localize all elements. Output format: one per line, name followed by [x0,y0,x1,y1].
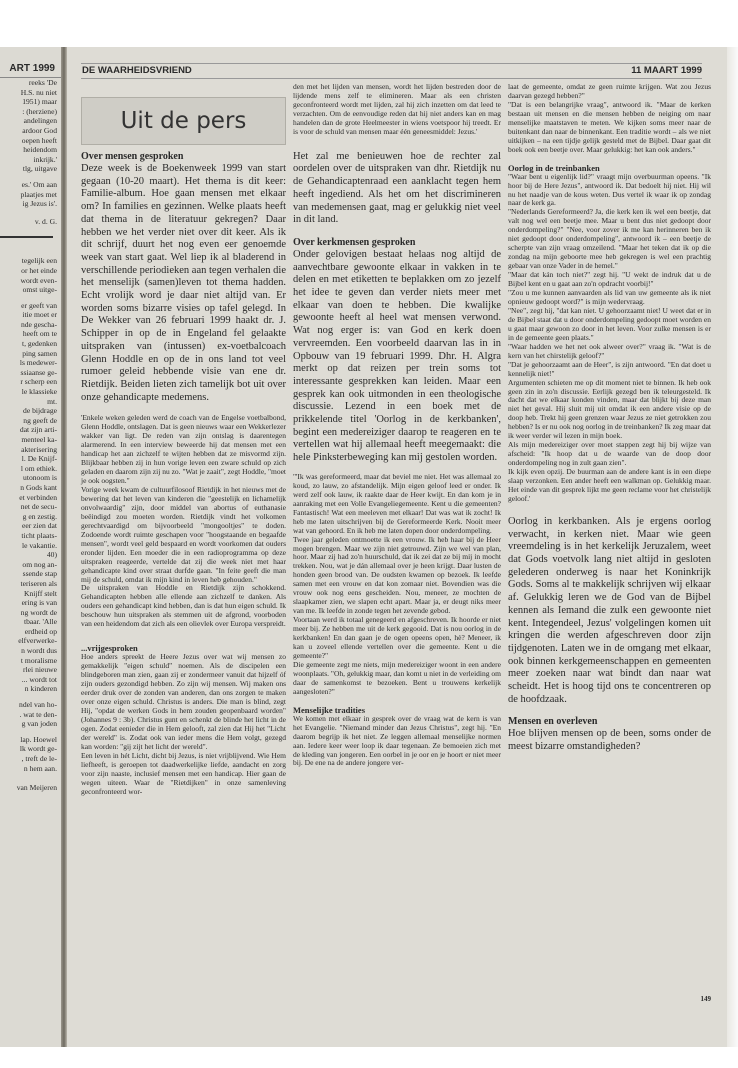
previous-page-fragment: ART 1999 reeks 'DeH.S. nu niet1951) maar… [0,47,61,1047]
text-line: itie moet er [0,310,57,320]
section-title-box: Uit de pers [81,97,286,145]
previous-page-text-top: reeks 'DeH.S. nu niet1951) maar: (herzie… [0,78,57,209]
quote-paragraph: "Nee", zegt hij, "dat kan niet. U gehoor… [508,307,711,343]
text-line: le vakantie. [0,541,57,551]
text-line: , treft de le- [0,754,57,764]
issue-date: 11 MAART 1999 [631,64,702,78]
text-line: n kinderen [0,684,57,694]
text-line: ardoor God [0,126,57,136]
text-line: ssende stap [0,569,57,579]
text-line: de bijdrage [0,406,57,416]
magazine-page: DE WAARHEIDSVRIEND 11 MAART 1999 Uit de … [67,47,727,1047]
text-line: ... wordt tot [0,675,57,685]
text-line: 40) [0,550,57,560]
text-line: t moralisme [0,656,57,666]
text-line: t, gedenken [0,339,57,349]
text-line: : (herziene) [0,107,57,117]
paragraph: Het zal me benieuwen hoe de rechter zal … [293,151,501,227]
text-line: ering is van [0,598,57,608]
text-line: eer zien dat [0,521,57,531]
text-line: ndel van ho- [0,700,57,710]
text-line: lk wordt ge- [0,744,57,754]
quote-paragraph: Vorige week kwam de cultuurfilosoof Riet… [81,486,286,584]
text-line: et verbinden [0,493,57,503]
text-line: tegelijk een [0,256,57,266]
paragraph: Deze week is de Boekenweek 1999 van star… [81,163,286,404]
quote-paragraph: Ik kijk even opzij. De buurman aan de an… [508,468,711,504]
previous-page-signature-bottom: van Meijeren [0,783,57,793]
text-line: ig Jezus is'. [0,199,57,209]
text-line: rlei nieuwe [0,665,57,675]
quote-paragraph: "Waar hadden we het net ook alweer over?… [508,343,711,361]
quote-paragraph: Een leven in hét Licht, dicht bij Jezus,… [81,752,286,797]
text-line: reeks 'De [0,78,57,88]
text-line: l om ethiek. [0,464,57,474]
previous-page-signature-top: v. d. G. [0,217,57,227]
quote-paragraph: "Dat is een belangrijke vraag", antwoord… [508,101,711,155]
quote-paragraph: "Maar dat kán toch niet?" zegt hij. "U w… [508,271,711,289]
text-line: erdheid op [0,627,57,637]
text-line: r scherp een [0,377,57,387]
quote-paragraph: Hoe anders spreekt de Heere Jezus over w… [81,653,286,751]
text-line: Knijff stelt [0,589,57,599]
text-line: g en zestig. [0,512,57,522]
quote-paragraph: Twee jaar geleden ontmoette ik een vrouw… [293,536,501,617]
quote-paragraph: "'Ik was gereformeerd, maar dat beviel m… [293,473,501,536]
text-line: omst uitge- [0,285,57,295]
quote-paragraph: "Zou u me kunnen aanvaarden als lid van … [508,289,711,307]
text-line: net de secu- [0,502,57,512]
previous-page-text-middle: tegelijk eenor het eindewordt even-omst … [0,256,57,773]
text-line: oepen heeft [0,136,57,146]
text-line: mt. [0,397,57,407]
text-line: akterisering [0,445,57,455]
text-line: om nog an- [0,560,57,570]
text-line: ssiaanse ge- [0,368,57,378]
text-line: le klassieke [0,387,57,397]
publication-name: DE WAARHEIDSVRIEND [82,64,192,78]
text-line: or het einde [0,266,57,276]
text-line: wordt even- [0,276,57,286]
previous-page-date: ART 1999 [0,47,61,78]
text-line: g van joden [0,719,57,729]
text-line: inkrijk.' [0,155,57,165]
text-line: es.' Om aan [0,180,57,190]
text-line: andelingen [0,116,57,126]
text-line: utonoom is [0,473,57,483]
text-line: ls medewer- [0,358,57,368]
text-line: 1951) maar [0,97,57,107]
text-line: ticht plaats- [0,531,57,541]
quote-paragraph: "Dat je gehoorzaamt aan de Heer", is zij… [508,361,711,379]
text-line: H.S. nu niet [0,88,57,98]
text-line: ng geeft de [0,416,57,426]
quote-paragraph: "Nederlands Gereformeerd? Ja, die kerk k… [508,208,711,271]
column-1: Uit de pers Over mensen gesproken Deze w… [81,83,286,796]
text-line: tlg, uitgave [0,164,57,174]
quote-paragraph: De uitspraken van Hoddle en Rietdijk zij… [81,584,286,629]
text-line: tbaar. 'Alle [0,617,57,627]
quote-paragraph: Voortaan werd ik totaal genegeerd en afg… [293,616,501,661]
text-line: ping samen [0,349,57,359]
text-line: lap. Hoewel [0,735,57,745]
text-line: n hem aan. [0,764,57,774]
text-line: ng wordt de [0,608,57,618]
quote-paragraph: laat de gemeente, omdat ze geen ruimte k… [508,83,711,101]
subheading: Over kerkmensen gesproken [293,237,501,249]
subheading: Mensen en overleven [508,716,711,728]
divider [0,236,53,238]
quote-paragraph: 'Enkele weken geleden werd de coach van … [81,414,286,486]
column-2: den met het lijden van mensen, wordt het… [293,83,501,768]
quote-paragraph: Argumenten schieten me op dit moment nie… [508,379,711,442]
text-line: l. De Knijf- [0,454,57,464]
text-line: elfverwerke- [0,636,57,646]
text-line: teriseren als [0,579,57,589]
text-line: n wordt dus [0,646,57,656]
text-line: menteel ka- [0,435,57,445]
running-header: DE WAARHEIDSVRIEND 11 MAART 1999 [81,63,702,79]
page-edge [727,47,738,1047]
quote-paragraph: den met het lijden van mensen, wordt het… [293,83,501,137]
section-title: Uit de pers [121,117,247,126]
quote-paragraph: We komen met elkaar in gesprek over de v… [293,715,501,769]
quote-paragraph: "Waar bent u eigenlijk lid?" vraagt mijn… [508,173,711,209]
quote-paragraph: Die gemeente zegt me niets, mijn mederei… [293,661,501,697]
text-line: n Gods kant [0,483,57,493]
paragraph: Hoe blijven mensen op de been, soms onde… [508,728,711,753]
quote-paragraph: Als mijn medereiziger over moet stappen … [508,441,711,468]
text-line: heeft om te [0,329,57,339]
text-line: nde gescha- [0,320,57,330]
text-line: . wat te den- [0,710,57,720]
text-line: dat zijn arti- [0,425,57,435]
paragraph: Oorlog in kerkbanken. Als je ergens oorl… [508,516,711,707]
column-3: laat de gemeente, omdat ze geen ruimte k… [508,83,711,754]
previous-page-text: reeks 'DeH.S. nu niet1951) maar: (herzie… [0,78,61,793]
paragraph: Onder gelovigen bestaat helaas nog altij… [293,249,501,465]
subheading: Over mensen gesproken [81,151,286,163]
text-line: plaatjes met [0,190,57,200]
text-line: heidendom [0,145,57,155]
text-line: er geeft van [0,301,57,311]
page-number: 149 [701,995,712,1003]
